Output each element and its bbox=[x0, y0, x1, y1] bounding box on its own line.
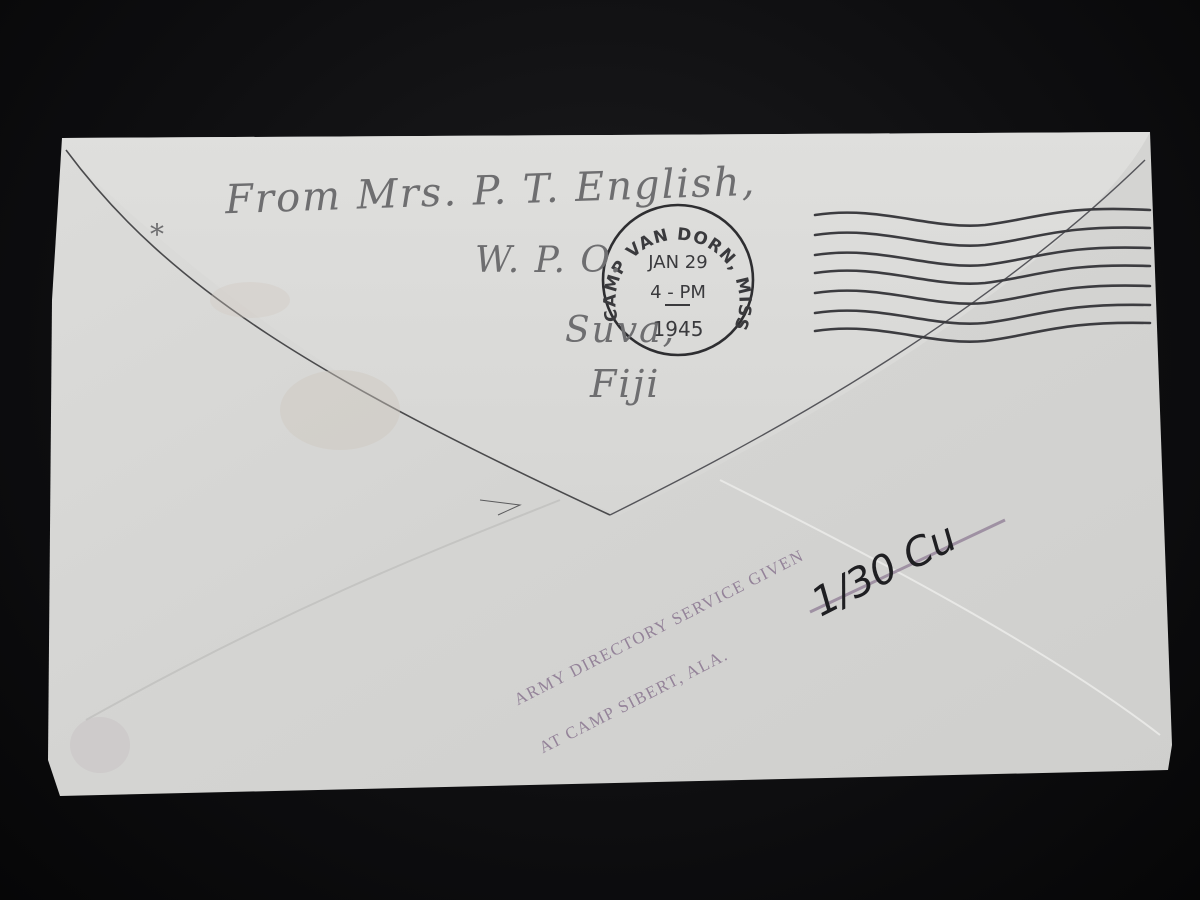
postmark-time: 4 - PM bbox=[650, 282, 706, 303]
return-address-line-2: W. P. O. bbox=[475, 240, 623, 281]
return-address-line-3: Suva, bbox=[565, 310, 676, 351]
corner-pencil-mark: * bbox=[150, 218, 166, 251]
envelope-back: CAMP VAN DORN, MISS. JAN 29 4 - PM 1945 … bbox=[0, 0, 1200, 900]
postmark-date: JAN 29 bbox=[647, 252, 707, 273]
return-address-line-4: Fiji bbox=[590, 362, 660, 406]
envelope-paper: CAMP VAN DORN, MISS. JAN 29 4 - PM 1945 bbox=[0, 0, 1200, 900]
